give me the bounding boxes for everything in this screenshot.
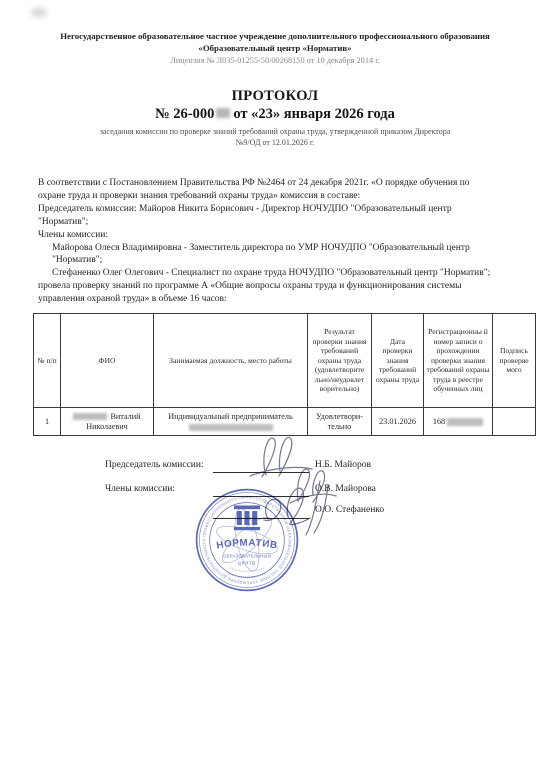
fio-last: Николаевич [86,422,128,431]
cell-result: Удовлетвори- тельно [308,408,372,436]
col-header-position: Занимаемая должность, место работы [154,314,308,408]
col-header-date: Дата проверки знания требований охраны т… [372,314,424,408]
body-line: "Норматив"; [38,216,520,229]
document-page: Негосударственное образовательное частно… [0,0,550,777]
chairman-name: Н.Б. Майоров [315,460,371,470]
body-line: Председатель комиссии: Майоров Никита Бо… [38,203,520,216]
col-header-fio: ФИО [61,314,154,408]
subtitle-line1: заседания комиссии по проверке знаний тр… [20,127,530,138]
protocol-date: от «23» января 2026 года [233,106,395,122]
fio-first: Виталий [110,412,140,421]
stamp-outer-ring [197,490,298,591]
license-line: Лицензия № Л035-01255-50/00268150 от 10 … [20,55,530,67]
body-line: охране труда и проверки знания требовани… [38,190,520,203]
stamp-center-line3: центр [238,560,256,566]
redacted-protocol-number [216,108,230,118]
org-stamp: НЕГОСУДАРСТВЕННОЕ ОБРАЗОВАТЕЛЬНОЕ ЧАСТНО… [191,484,303,596]
stamp-center-line2: ОБРАЗОВАТЕЛЬНЫЙ [223,554,271,559]
member-name-2: О.О. Стефаненко [315,505,384,515]
col-header-num: № п/п [34,314,61,408]
protocol-number-prefix: № 26-000 [155,106,214,122]
svg-text:НОРМАТИВ: НОРМАТИВ [216,538,279,552]
body-line: В соответствии с Постановлением Правител… [38,177,520,190]
signature-line-3 [213,518,309,519]
signature-stroke [287,488,310,524]
protocol-subtitle: заседания комиссии по проверке знаний тр… [20,127,530,148]
position-text: Индивидуальный предприниматель [168,412,292,421]
reg-number-prefix: 168 [433,417,445,426]
signature-line-2 [213,496,309,497]
body-line: "Норматив"; [38,254,520,267]
redacted-employer [189,424,273,431]
scan-artifact [31,8,47,17]
cell-num: 1 [34,408,61,436]
stamp-microtext-arc [228,574,265,578]
org-header: Негосударственное образовательное частно… [20,31,530,67]
table-row: 1 ВиталийНиколаевич Индивидуальный предп… [34,408,536,436]
cell-reg: 168 [424,408,493,436]
body-line: Майорова Олеся Владимировна - Заместител… [38,242,520,255]
body-line: Члены комиссии: [38,229,520,242]
stamp-inner-ring [210,503,285,578]
redacted-reg-number [447,418,483,426]
signature-line-1 [213,472,309,473]
chairman-label: Председатель комиссии: [105,460,204,470]
stamp-center-name: НОРМАТИВ [216,538,279,552]
org-name-line2: «Образовательный центр «Норматив» [20,43,530,55]
handwritten-signatures [210,423,380,538]
member-name-1: О.В. Майорова [315,484,376,494]
col-header-sign: Подпись проверяе мого [493,314,536,408]
body-line: провела проверку знаний по программе А «… [38,280,520,293]
stamp-mid-ring [199,492,294,587]
signature-stroke [279,437,292,476]
protocol-title: ПРОТОКОЛ [0,88,550,105]
cell-date: 23.01.2026 [372,408,424,436]
redacted-surname [73,413,107,420]
members-label: Члены комиссии: [105,484,175,494]
col-header-reg: Регистрационны й номер записи о прохожде… [424,314,493,408]
body-line: управления охраной труда» в объеме 16 ча… [38,293,520,306]
body-line: Стефаненко Олег Олегович - Специалист по… [38,267,520,280]
cell-signature [493,408,536,436]
results-table: № п/п ФИО Занимаемая должность, место ра… [33,313,536,436]
stamp-microtext-arc [230,568,264,571]
stamp-orbit-decor [214,507,281,573]
stamp-ring-text: НЕГОСУДАРСТВЕННОЕ ОБРАЗОВАТЕЛЬНОЕ ЧАСТНО… [191,484,292,585]
cell-fio: ВиталийНиколаевич [61,408,154,436]
body-paragraph: В соответствии с Постановлением Правител… [38,177,520,306]
table-header-row: № п/п ФИО Занимаемая должность, место ра… [34,314,536,408]
cell-position: Индивидуальный предприниматель [154,408,308,436]
svg-text:НЕГОСУДАРСТВЕННОЕ ОБРАЗОВАТЕЛЬ: НЕГОСУДАРСТВЕННОЕ ОБРАЗОВАТЕЛЬНОЕ ЧАСТНО… [191,484,292,585]
col-header-result: Результат проверки знания требований охр… [308,314,372,408]
subtitle-line2: №9/ОД от 12.01.2026 г. [20,138,530,149]
org-name-line1: Негосударственное образовательное частно… [20,31,530,43]
protocol-number-line: № 26-000от «23» января 2026 года [0,106,550,123]
